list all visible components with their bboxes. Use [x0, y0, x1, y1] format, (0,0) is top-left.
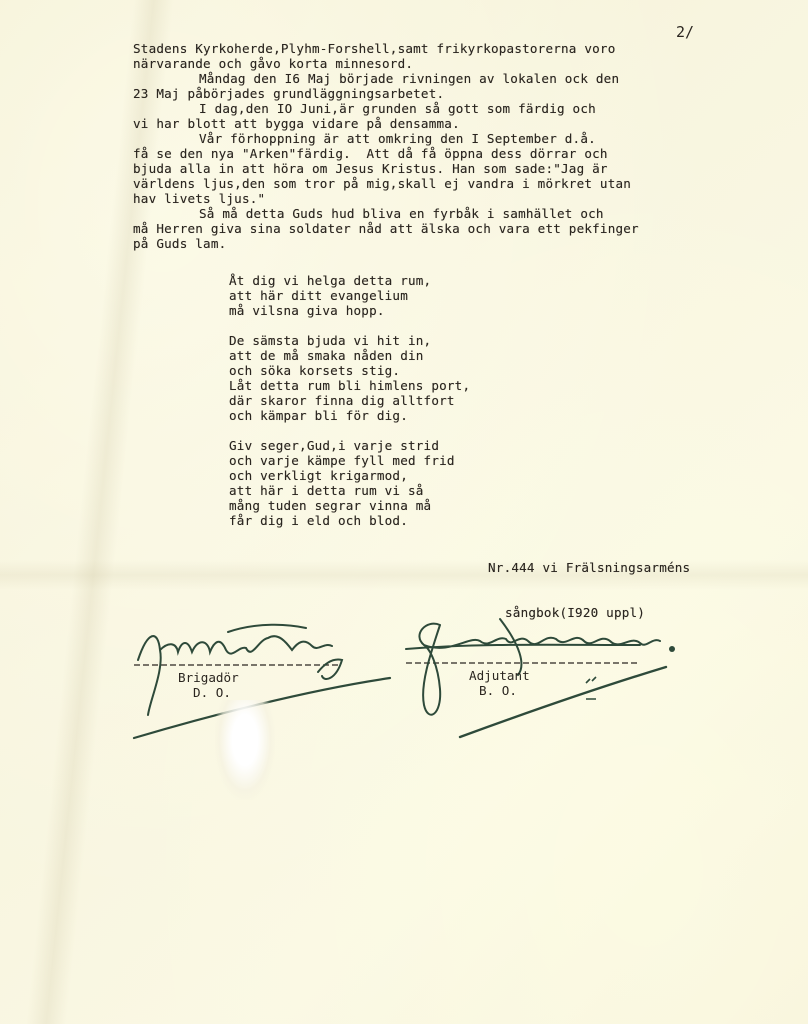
hymn-stanza: De sämsta bjuda vi hit in,att de må smak… — [229, 333, 470, 423]
page-number: 2/ — [676, 23, 694, 41]
hymn-line: och kämpar bli för dig. — [229, 408, 470, 423]
body-line: Vår förhoppning är att omkring den I Sep… — [133, 131, 639, 146]
hymn-line: och varje kämpe fyll med frid — [229, 453, 470, 468]
hymn-line: att här ditt evangelium — [229, 288, 470, 303]
hymn-stanza: Giv seger,Gud,i varje stridoch varje käm… — [229, 438, 470, 528]
body-line: 23 Maj påbörjades grundläggningsarbetet. — [133, 86, 639, 101]
hymn-line: att här i detta rum vi så — [229, 483, 470, 498]
body-line: närvarande och gåvo korta minnesord. — [133, 56, 639, 71]
hymn-line: och verkligt krigarmod, — [229, 468, 470, 483]
hymn-line: De sämsta bjuda vi hit in, — [229, 333, 470, 348]
body-line: Stadens Kyrkoherde,Plyhm-Forshell,samt f… — [133, 41, 639, 56]
body-line: Så må detta Guds hud bliva en fyrbåk i s… — [133, 206, 639, 221]
hymn-line: mång tuden segrar vinna må — [229, 498, 470, 513]
hymn-line: får dig i eld och blod. — [229, 513, 470, 528]
signer-1-title: Brigadör — [178, 670, 239, 685]
hymn-line: Åt dig vi helga detta rum, — [229, 273, 470, 288]
hymn-line: där skaror finna dig alltfort — [229, 393, 470, 408]
body-line: världens ljus,den som tror på mig,skall … — [133, 176, 639, 191]
body-line: Måndag den I6 Maj började rivningen av l… — [133, 71, 639, 86]
body-line: må Herren giva sina soldater nåd att äls… — [133, 221, 639, 236]
body-line: bjuda alla in att höra om Jesus Kristus.… — [133, 161, 639, 176]
paper-tear — [215, 700, 275, 800]
body-line: vi har blott att bygga vidare på densamm… — [133, 116, 639, 131]
hymn-verses: Åt dig vi helga detta rum,att här ditt e… — [229, 273, 470, 543]
body-line: på Guds lam. — [133, 236, 639, 251]
hymn-line: och söka korsets stig. — [229, 363, 470, 378]
hymn-source-line-1: Nr.444 vi Frälsningsarméns — [488, 560, 690, 575]
signer-2-title: Adjutant — [469, 668, 530, 683]
hymn-stanza: Åt dig vi helga detta rum,att här ditt e… — [229, 273, 470, 318]
hymn-line: Giv seger,Gud,i varje strid — [229, 438, 470, 453]
letter-body: Stadens Kyrkoherde,Plyhm-Forshell,samt f… — [133, 41, 639, 251]
signer-2-dept: B. O. — [479, 683, 517, 698]
body-line: få se den nya "Arken"färdig. Att då få ö… — [133, 146, 639, 161]
signature-adjutant — [400, 605, 690, 755]
signer-1-dept: D. O. — [193, 685, 231, 700]
hymn-line: må vilsna giva hopp. — [229, 303, 470, 318]
body-line: hav livets ljus." — [133, 191, 639, 206]
hymn-line: Låt detta rum bli himlens port, — [229, 378, 470, 393]
body-line: I dag,den IO Juni,är grunden så gott som… — [133, 101, 639, 116]
hymn-line: att de må smaka nåden din — [229, 348, 470, 363]
